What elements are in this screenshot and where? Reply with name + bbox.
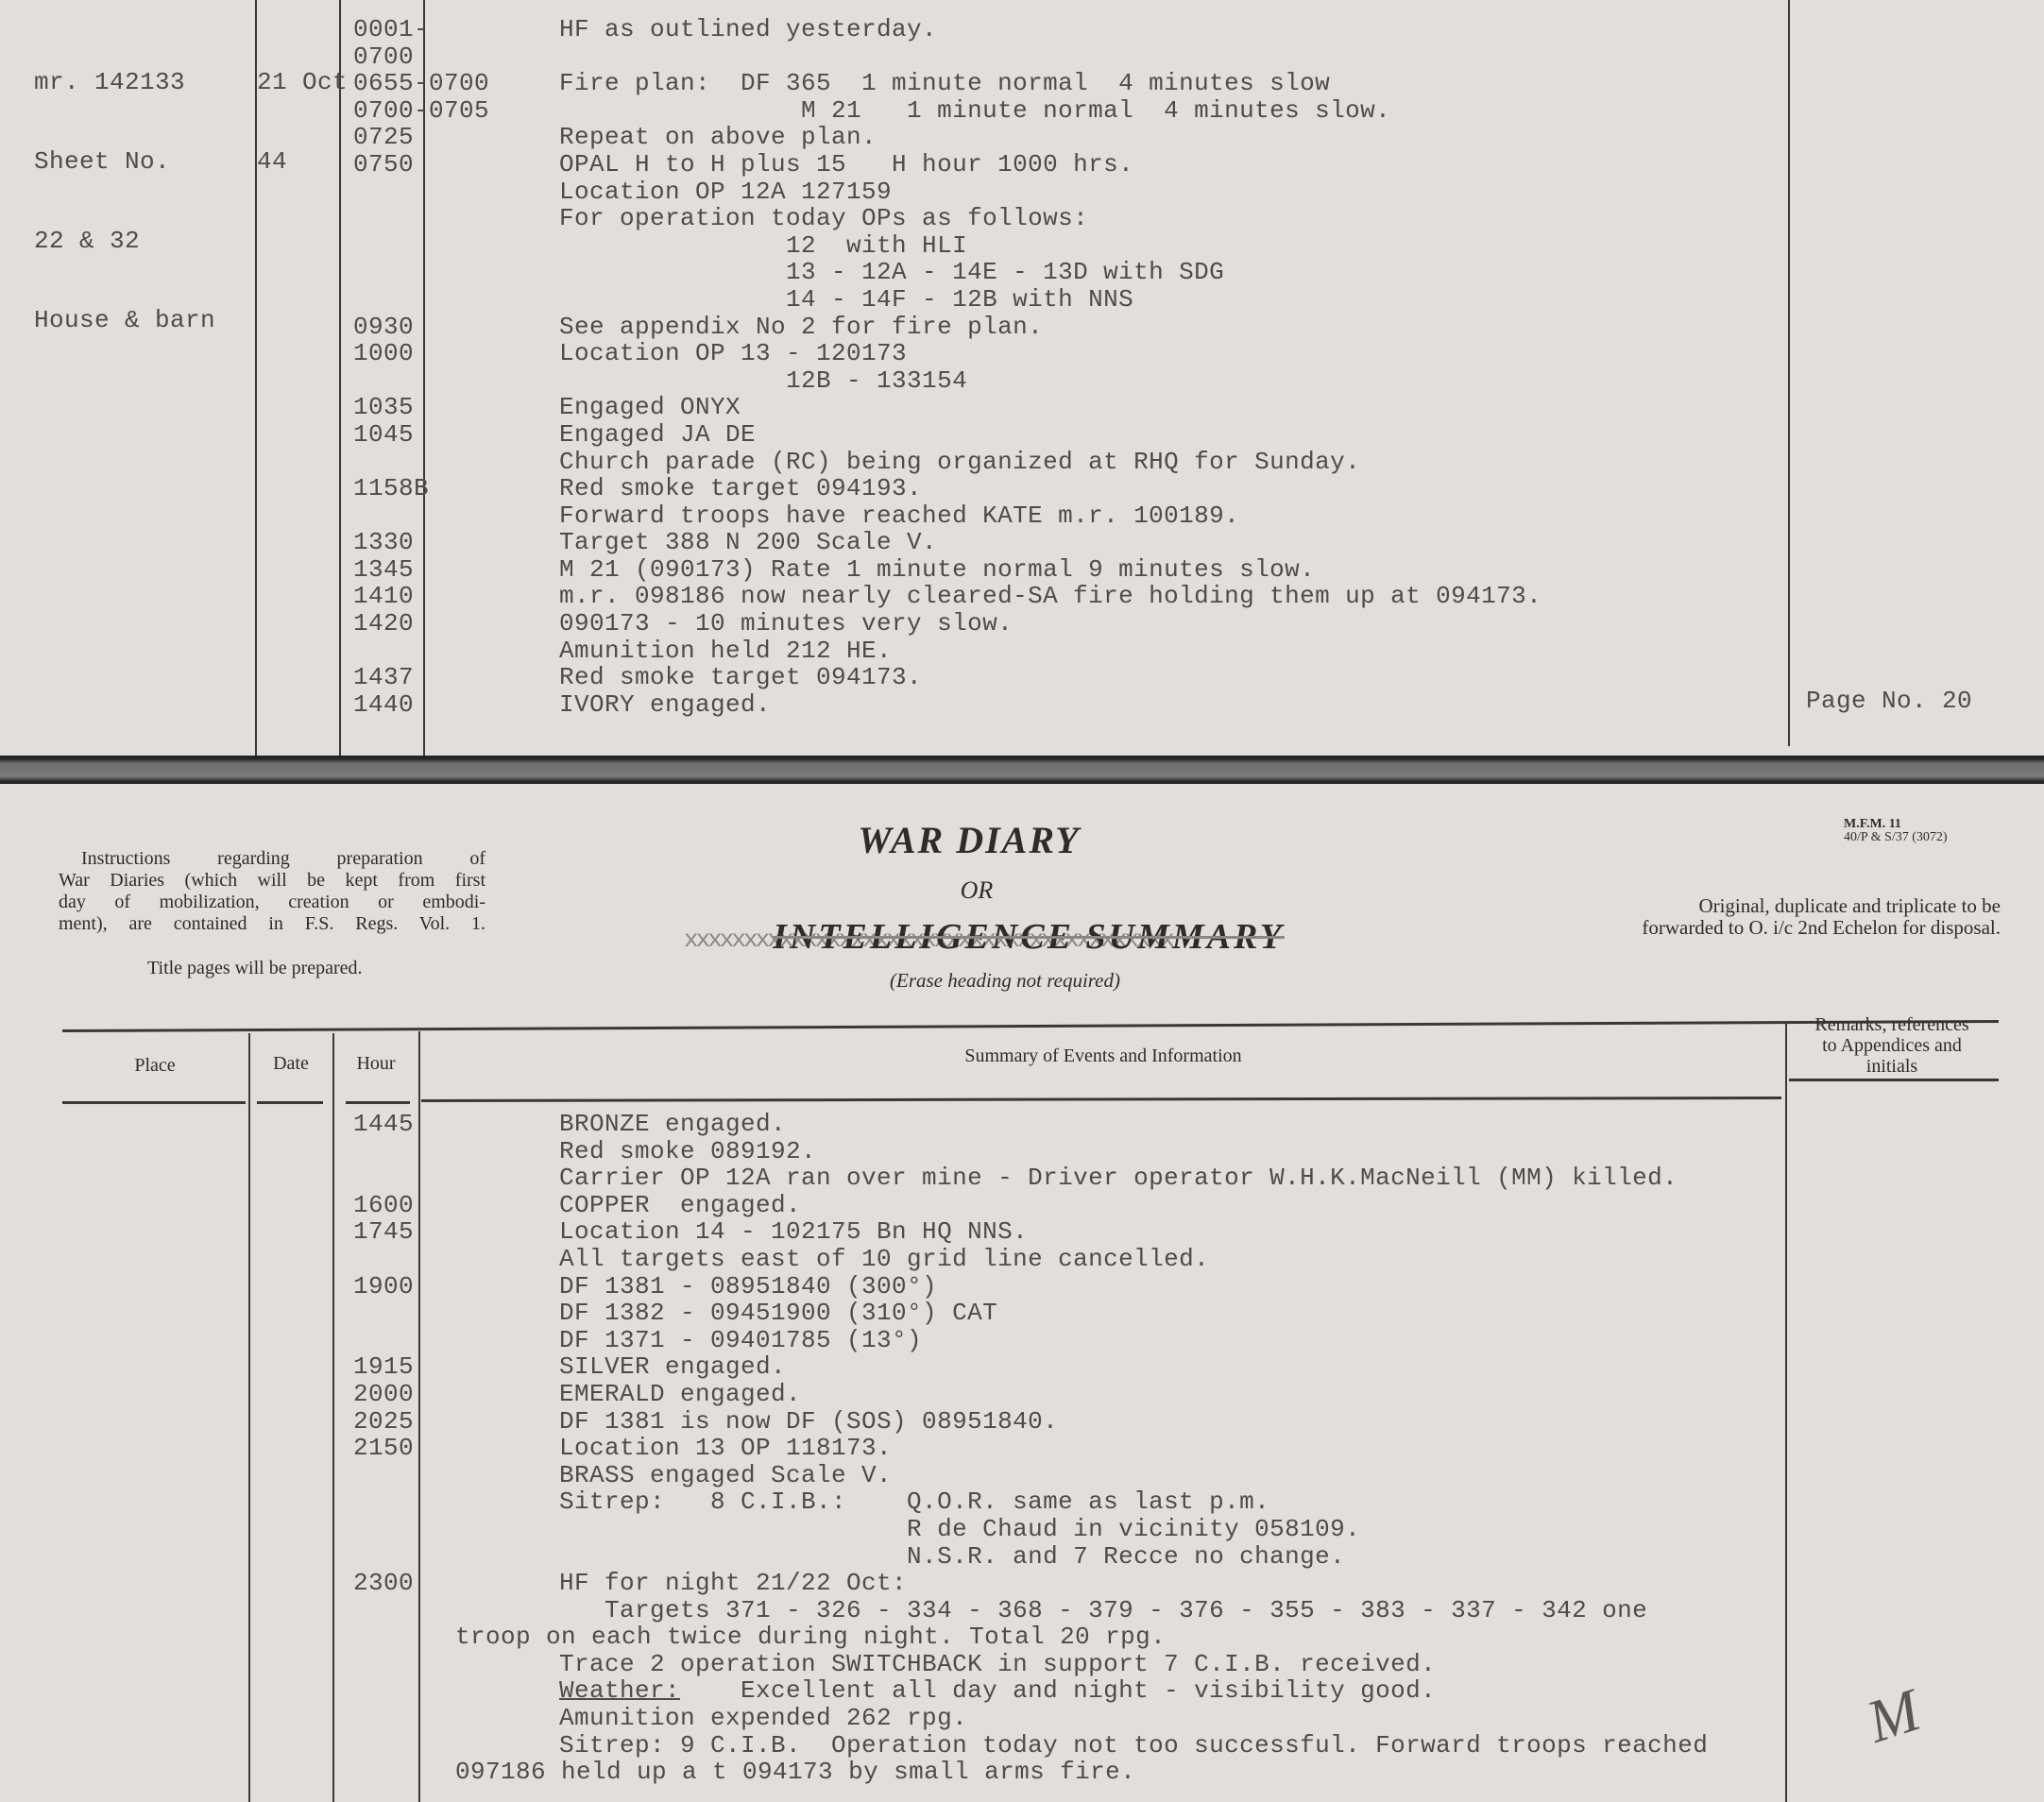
remarks-header-line: initials bbox=[1787, 1056, 1997, 1077]
place-line: mr. 142133 bbox=[34, 69, 215, 95]
hour-cell: 1345 bbox=[353, 556, 489, 584]
hour-cell: 0700-0705 bbox=[353, 97, 489, 125]
hour-cell: 1437 bbox=[353, 664, 489, 691]
hour-cell: 0725 bbox=[353, 124, 489, 151]
summary-line: DF 1371 - 09401785 (13°) bbox=[559, 1327, 1708, 1354]
summary-line: N.S.R. and 7 Recce no change. bbox=[559, 1543, 1708, 1571]
intelligence-summary-struck: xxxxxxxxxxxxxxxxxxxxxxxxxxxxxxxxxxxxxxxx… bbox=[684, 916, 1373, 963]
hour-cell bbox=[353, 1488, 414, 1516]
hour-cell: 2025 bbox=[353, 1408, 414, 1436]
summary-line: See appendix No 2 for fire plan. bbox=[559, 314, 1542, 341]
column-header-date: Date bbox=[249, 1052, 332, 1075]
table-top-rule bbox=[62, 1020, 1999, 1032]
summary-line: Carrier OP 12A ran over mine - Driver op… bbox=[559, 1164, 1708, 1192]
hour-cell: 1330 bbox=[353, 529, 489, 556]
summary-line: Location OP 13 - 120173 bbox=[559, 340, 1542, 367]
remarks-header-line: to Appendices and bbox=[1787, 1035, 1997, 1056]
summary-line: troop on each twice during night. Total … bbox=[455, 1623, 1708, 1651]
header-bottom-rule-hour bbox=[346, 1101, 410, 1104]
hour-cell: 1158B bbox=[353, 475, 489, 502]
summary-line: SILVER engaged. bbox=[559, 1353, 1708, 1381]
hour-cell: 1410 bbox=[353, 583, 489, 610]
hour-cell: 1445 bbox=[353, 1111, 414, 1138]
summary-line: Engaged ONYX bbox=[559, 394, 1542, 421]
summary-line: Location 13 OP 118173. bbox=[559, 1435, 1708, 1462]
header-bottom-rule-date bbox=[257, 1101, 323, 1104]
summary-line: Engaged JA DE bbox=[559, 421, 1542, 449]
place-line: 22 & 32 bbox=[34, 228, 215, 254]
hour-cell bbox=[353, 1597, 414, 1624]
summary-line: HF as outlined yesterday. bbox=[559, 16, 1542, 43]
hour-cell: 1045 bbox=[353, 421, 489, 449]
hour-cell bbox=[353, 1677, 414, 1705]
place-cell: mr. 142133 Sheet No. 22 & 32 House & bar… bbox=[34, 16, 215, 386]
diary-page-form: Instructions regarding preparation of Wa… bbox=[0, 784, 2044, 1802]
date-cell: 21 Oct 44 bbox=[257, 16, 348, 228]
summary-line: DF 1381 is now DF (SOS) 08951840. bbox=[559, 1408, 1708, 1436]
hour-cell bbox=[353, 1705, 414, 1732]
summary-line: BRASS engaged Scale V. bbox=[559, 1462, 1708, 1489]
summary-line: Red smoke target 094193. bbox=[559, 475, 1542, 502]
summary-line: Targets 371 - 326 - 334 - 368 - 379 - 37… bbox=[559, 1597, 1708, 1624]
page-number: Page No. 20 bbox=[1806, 688, 1972, 714]
column-header-place: Place bbox=[62, 1054, 247, 1077]
forwarding-note: Original, duplicate and triplicate to be… bbox=[1540, 895, 2001, 939]
hour-cell: 1000 bbox=[353, 340, 489, 367]
column-header-summary: Summary of Events and Information bbox=[421, 1045, 1785, 1067]
column-divider-place-date bbox=[248, 1033, 250, 1802]
summary-line: OPAL H to H plus 15 H hour 1000 hrs. bbox=[559, 151, 1542, 178]
summary-line: m.r. 098186 now nearly cleared-SA fire h… bbox=[559, 583, 1542, 610]
summary-line: DF 1382 - 09451900 (310°) CAT bbox=[559, 1300, 1708, 1327]
summary-line: DF 1381 - 08951840 (300°) bbox=[559, 1273, 1708, 1300]
hour-cell: 0750 bbox=[353, 151, 489, 178]
date-line: 21 Oct bbox=[257, 69, 348, 95]
hour-cell bbox=[353, 1516, 414, 1543]
summary-line: Sitrep: 9 C.I.B. Operation today not too… bbox=[559, 1732, 1708, 1759]
summary-line: M 21 1 minute normal 4 minutes slow. bbox=[559, 97, 1542, 125]
place-line: House & barn bbox=[34, 307, 215, 333]
summary-line: Location OP 12A 127159 bbox=[559, 178, 1542, 206]
forwarding-line: Original, duplicate and triplicate to be bbox=[1540, 895, 2001, 917]
summary-line: Church parade (RC) being organized at RH… bbox=[559, 449, 1542, 476]
summary-line: 13 - 12A - 14E - 13D with SDG bbox=[559, 259, 1542, 286]
hour-cell bbox=[353, 1164, 414, 1192]
date-line: 44 bbox=[257, 148, 348, 175]
column-header-hour: Hour bbox=[334, 1052, 417, 1075]
hour-cell bbox=[353, 1138, 414, 1165]
header-bottom-rule-summary bbox=[421, 1096, 1781, 1102]
initials-signature: M bbox=[1859, 1675, 1929, 1758]
summary-line: HF for night 21/22 Oct: bbox=[559, 1570, 1708, 1597]
erase-note: (Erase heading not required) bbox=[0, 969, 2044, 993]
summary-line: 097186 held up a t 094173 by small arms … bbox=[455, 1759, 1708, 1786]
hour-cell bbox=[353, 232, 489, 260]
summary-line: 090173 - 10 minutes very slow. bbox=[559, 610, 1542, 637]
remarks-header-line: Remarks, references bbox=[1787, 1014, 1997, 1035]
intelligence-summary-title: INTELLIGENCE SUMMARY bbox=[773, 917, 1285, 957]
summary-line bbox=[559, 43, 1542, 71]
hour-cell bbox=[353, 205, 489, 232]
hour-cell: 1900 bbox=[353, 1273, 414, 1300]
hour-cell: 0655-0700 bbox=[353, 70, 489, 97]
hour-cell: 2000 bbox=[353, 1381, 414, 1408]
column-divider-summary-remarks bbox=[1785, 1022, 1787, 1802]
summary-line: Forward troops have reached KATE m.r. 10… bbox=[559, 502, 1542, 530]
column-divider-summary-remarks bbox=[1788, 0, 1790, 746]
summary-line: M 21 (090173) Rate 1 minute normal 9 min… bbox=[559, 556, 1542, 584]
forwarding-line: forwarded to O. i/c 2nd Echelon for disp… bbox=[1540, 917, 2001, 939]
summary-line: All targets east of 10 grid line cancell… bbox=[559, 1246, 1708, 1273]
hour-cell bbox=[353, 1651, 414, 1678]
summary-line: Amunition held 212 HE. bbox=[559, 637, 1542, 665]
hour-cell bbox=[353, 367, 489, 395]
place-line: Sheet No. bbox=[34, 148, 215, 175]
hour-cell: 1035 bbox=[353, 394, 489, 421]
diary-page-20: mr. 142133 Sheet No. 22 & 32 House & bar… bbox=[0, 0, 2044, 756]
hour-cell: 1420 bbox=[353, 610, 489, 637]
summary-line: Repeat on above plan. bbox=[559, 124, 1542, 151]
hour-column: 0001-07000655-07000700-07050725075009301… bbox=[353, 16, 489, 718]
summary-line: BRONZE engaged. bbox=[559, 1111, 1708, 1138]
summary-line: Fire plan: DF 365 1 minute normal 4 minu… bbox=[559, 70, 1542, 97]
summary-line: Target 388 N 200 Scale V. bbox=[559, 529, 1542, 556]
hour-cell: 0930 bbox=[353, 314, 489, 341]
hour-cell: 0001- bbox=[353, 16, 489, 43]
summary-column: BRONZE engaged.Red smoke 089192.Carrier … bbox=[559, 1111, 1708, 1786]
hour-cell: 2150 bbox=[353, 1435, 414, 1462]
hour-column: 144516001745190019152000202521502300 bbox=[353, 1111, 414, 1786]
header-bottom-rule-place bbox=[62, 1101, 246, 1104]
column-divider-hour-summary bbox=[418, 1031, 420, 1802]
summary-line: R de Chaud in vicinity 058109. bbox=[559, 1516, 1708, 1543]
column-divider-date-hour bbox=[332, 1033, 334, 1802]
hour-cell: 1600 bbox=[353, 1192, 414, 1219]
summary-line: For operation today OPs as follows: bbox=[559, 205, 1542, 232]
form-code-line: M.F.M. 11 bbox=[1844, 818, 1948, 831]
hour-cell bbox=[353, 286, 489, 314]
hour-cell bbox=[353, 1246, 414, 1273]
weather-label: Weather: bbox=[559, 1676, 680, 1705]
summary-line: Location 14 - 102175 Bn HQ NNS. bbox=[559, 1218, 1708, 1246]
hour-cell bbox=[353, 1759, 414, 1786]
hour-cell bbox=[353, 502, 489, 530]
summary-line: 12B - 133154 bbox=[559, 367, 1542, 395]
hour-cell: 2300 bbox=[353, 1570, 414, 1597]
summary-line: Weather: Excellent all day and night - v… bbox=[559, 1677, 1708, 1705]
hour-cell bbox=[353, 449, 489, 476]
instructions-line: ment), are contained in F.S. Regs. Vol. … bbox=[59, 913, 485, 935]
summary-line: Trace 2 operation SWITCHBACK in support … bbox=[559, 1651, 1708, 1678]
hour-cell bbox=[353, 178, 489, 206]
summary-line: IVORY engaged. bbox=[559, 691, 1542, 719]
hour-cell bbox=[353, 1327, 414, 1354]
hour-cell bbox=[353, 637, 489, 665]
summary-line: COPPER engaged. bbox=[559, 1192, 1708, 1219]
hour-cell bbox=[353, 1623, 414, 1651]
summary-line: Red smoke target 094173. bbox=[559, 664, 1542, 691]
hour-cell bbox=[353, 259, 489, 286]
form-code-line: 40/P & S/37 (3072) bbox=[1844, 831, 1948, 844]
summary-line: Amunition expended 262 rpg. bbox=[559, 1705, 1708, 1732]
hour-cell: 0700 bbox=[353, 43, 489, 71]
summary-line: Red smoke 089192. bbox=[559, 1138, 1708, 1165]
header-bottom-rule-remarks bbox=[1789, 1079, 1999, 1081]
summary-line: 12 with HLI bbox=[559, 232, 1542, 260]
column-header-remarks: Remarks, references to Appendices and in… bbox=[1787, 1014, 1997, 1077]
summary-column: HF as outlined yesterday.Fire plan: DF 3… bbox=[559, 16, 1542, 718]
form-code: M.F.M. 11 40/P & S/37 (3072) bbox=[1844, 818, 1948, 844]
hour-cell: 1745 bbox=[353, 1218, 414, 1246]
hour-cell bbox=[353, 1462, 414, 1489]
hour-cell bbox=[353, 1300, 414, 1327]
hour-cell bbox=[353, 1543, 414, 1571]
summary-line: 14 - 14F - 12B with NNS bbox=[559, 286, 1542, 314]
hour-cell: 1440 bbox=[353, 691, 489, 719]
summary-line: EMERALD engaged. bbox=[559, 1381, 1708, 1408]
hour-cell: 1915 bbox=[353, 1353, 414, 1381]
page-separator bbox=[0, 756, 2044, 784]
hour-cell bbox=[353, 1732, 414, 1759]
summary-line: Sitrep: 8 C.I.B.: Q.O.R. same as last p.… bbox=[559, 1488, 1708, 1516]
war-diary-title: WAR DIARY bbox=[0, 818, 2044, 862]
